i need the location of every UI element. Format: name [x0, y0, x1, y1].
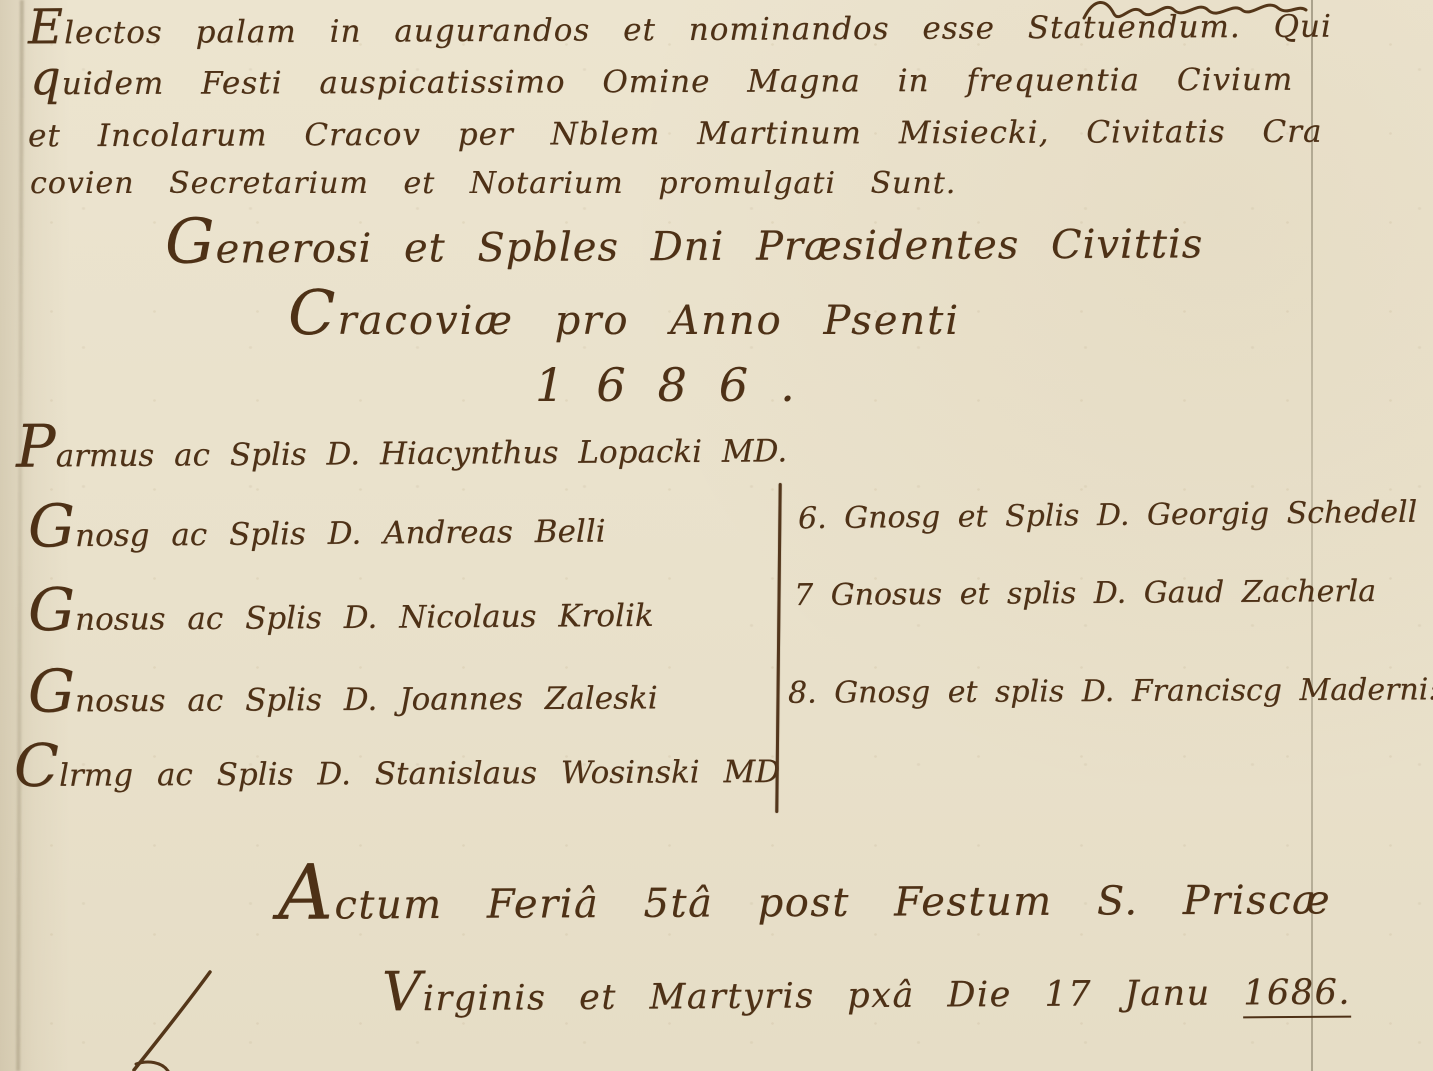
- paragraph-line-4: covien Secretarium et Notarium promulgat…: [30, 166, 956, 201]
- president-entry-8: 8. Gnosg et splis D. Franciscg Maderni:: [788, 672, 1433, 710]
- president-entry-6: 6. Gnosg et Splis D. Georgig Schedell: [798, 495, 1418, 536]
- president-entry-2: Gnosg ac Splis D. Andreas Belli: [28, 513, 606, 554]
- president-entry-1: Parmus ac Splis D. Hiacynthus Lopacki MD…: [16, 433, 787, 474]
- dateline-line-2-text: Virginis et Martyris pxâ Die 17 Janu: [382, 973, 1243, 1019]
- president-entry-5: Clrmg ac Splis D. Stanislaus Wosinski MD: [14, 754, 780, 794]
- left-binding-crease: [16, 0, 24, 1071]
- president-entry-3: Gnosus ac Splis D. Nicolaus Krolik: [28, 598, 654, 638]
- paragraph-line-3: et Incolarum Cracov per Nblem Martinum M…: [28, 114, 1323, 155]
- clipped-next-initial-stroke: [118, 968, 228, 1071]
- heading-year: 1686.: [535, 358, 827, 412]
- paragraph-line-1: Electos palam in augurandos et nominando…: [28, 9, 1332, 52]
- column-divider-ink-line: [775, 483, 781, 813]
- president-entry-4: Gnosus ac Splis D. Joannes Zaleski: [28, 680, 658, 719]
- heading-line-2: Cracoviæ pro Anno Psenti: [288, 298, 960, 344]
- manuscript-page: Electos palam in augurandos et nominando…: [0, 0, 1433, 1071]
- dateline-line-1: Actum Feriâ 5tâ post Festum S. Priscæ: [278, 877, 1331, 929]
- dateline-line-2: Virginis et Martyris pxâ Die 17 Janu 168…: [382, 973, 1351, 1020]
- president-entry-7: 7 Gnosus et splis D. Gaud Zacherla: [794, 574, 1376, 613]
- dateline-year-underlined: 1686.: [1243, 973, 1351, 1019]
- heading-line-1: Generosi et Spbles Dni Præsidentes Civit…: [165, 221, 1203, 272]
- paragraph-line-2: quidem Festi auspicatissimo Omine Magna …: [30, 62, 1293, 102]
